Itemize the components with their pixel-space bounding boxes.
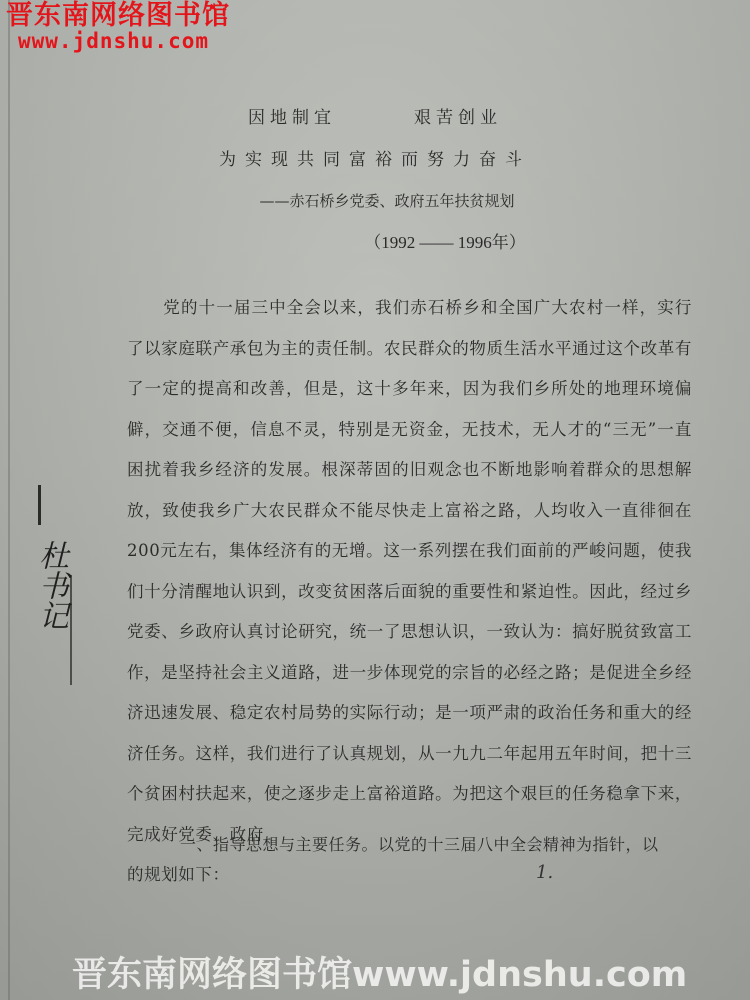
- document-years: （1992 —— 1996年）: [70, 228, 750, 253]
- title-left-phrase: 因地制宜: [248, 108, 336, 128]
- watermark-site-url: www.jdnshu.com: [18, 31, 230, 52]
- section-1-heading: 一、指导思想与主要任务。以党的十三届八中全会精神为指针，以: [180, 832, 659, 855]
- document-title-line2: 为实现共同富裕而努力奋斗: [0, 145, 750, 170]
- watermark-site-name: 晋东南网络图书馆: [6, 2, 230, 29]
- title-right-phrase: 艰苦创业: [414, 108, 502, 128]
- document-subtitle: ——赤石桥乡党委、政府五年扶贫规划: [12, 190, 750, 211]
- document-title-line1: 因地制宜艰苦创业: [0, 103, 750, 128]
- page-number: 1.: [536, 862, 553, 883]
- document-body: 党的十一届三中全会以来，我们赤石桥乡和全国广大农村一样，实行了以家庭联产承包为主…: [127, 288, 692, 896]
- paragraph-1-end: 的规划如下：: [127, 855, 692, 896]
- paragraph-1: 党的十一届三中全会以来，我们赤石桥乡和全国广大农村一样，实行了以家庭联产承包为主…: [127, 288, 692, 855]
- watermark-top: 晋东南网络图书馆 www.jdnshu.com: [6, 2, 230, 52]
- margin-mark: [38, 485, 41, 525]
- handwritten-note: 杜书记: [50, 540, 80, 630]
- watermark-bottom: 晋东南网络图书馆www.jdnshu.com: [72, 958, 687, 993]
